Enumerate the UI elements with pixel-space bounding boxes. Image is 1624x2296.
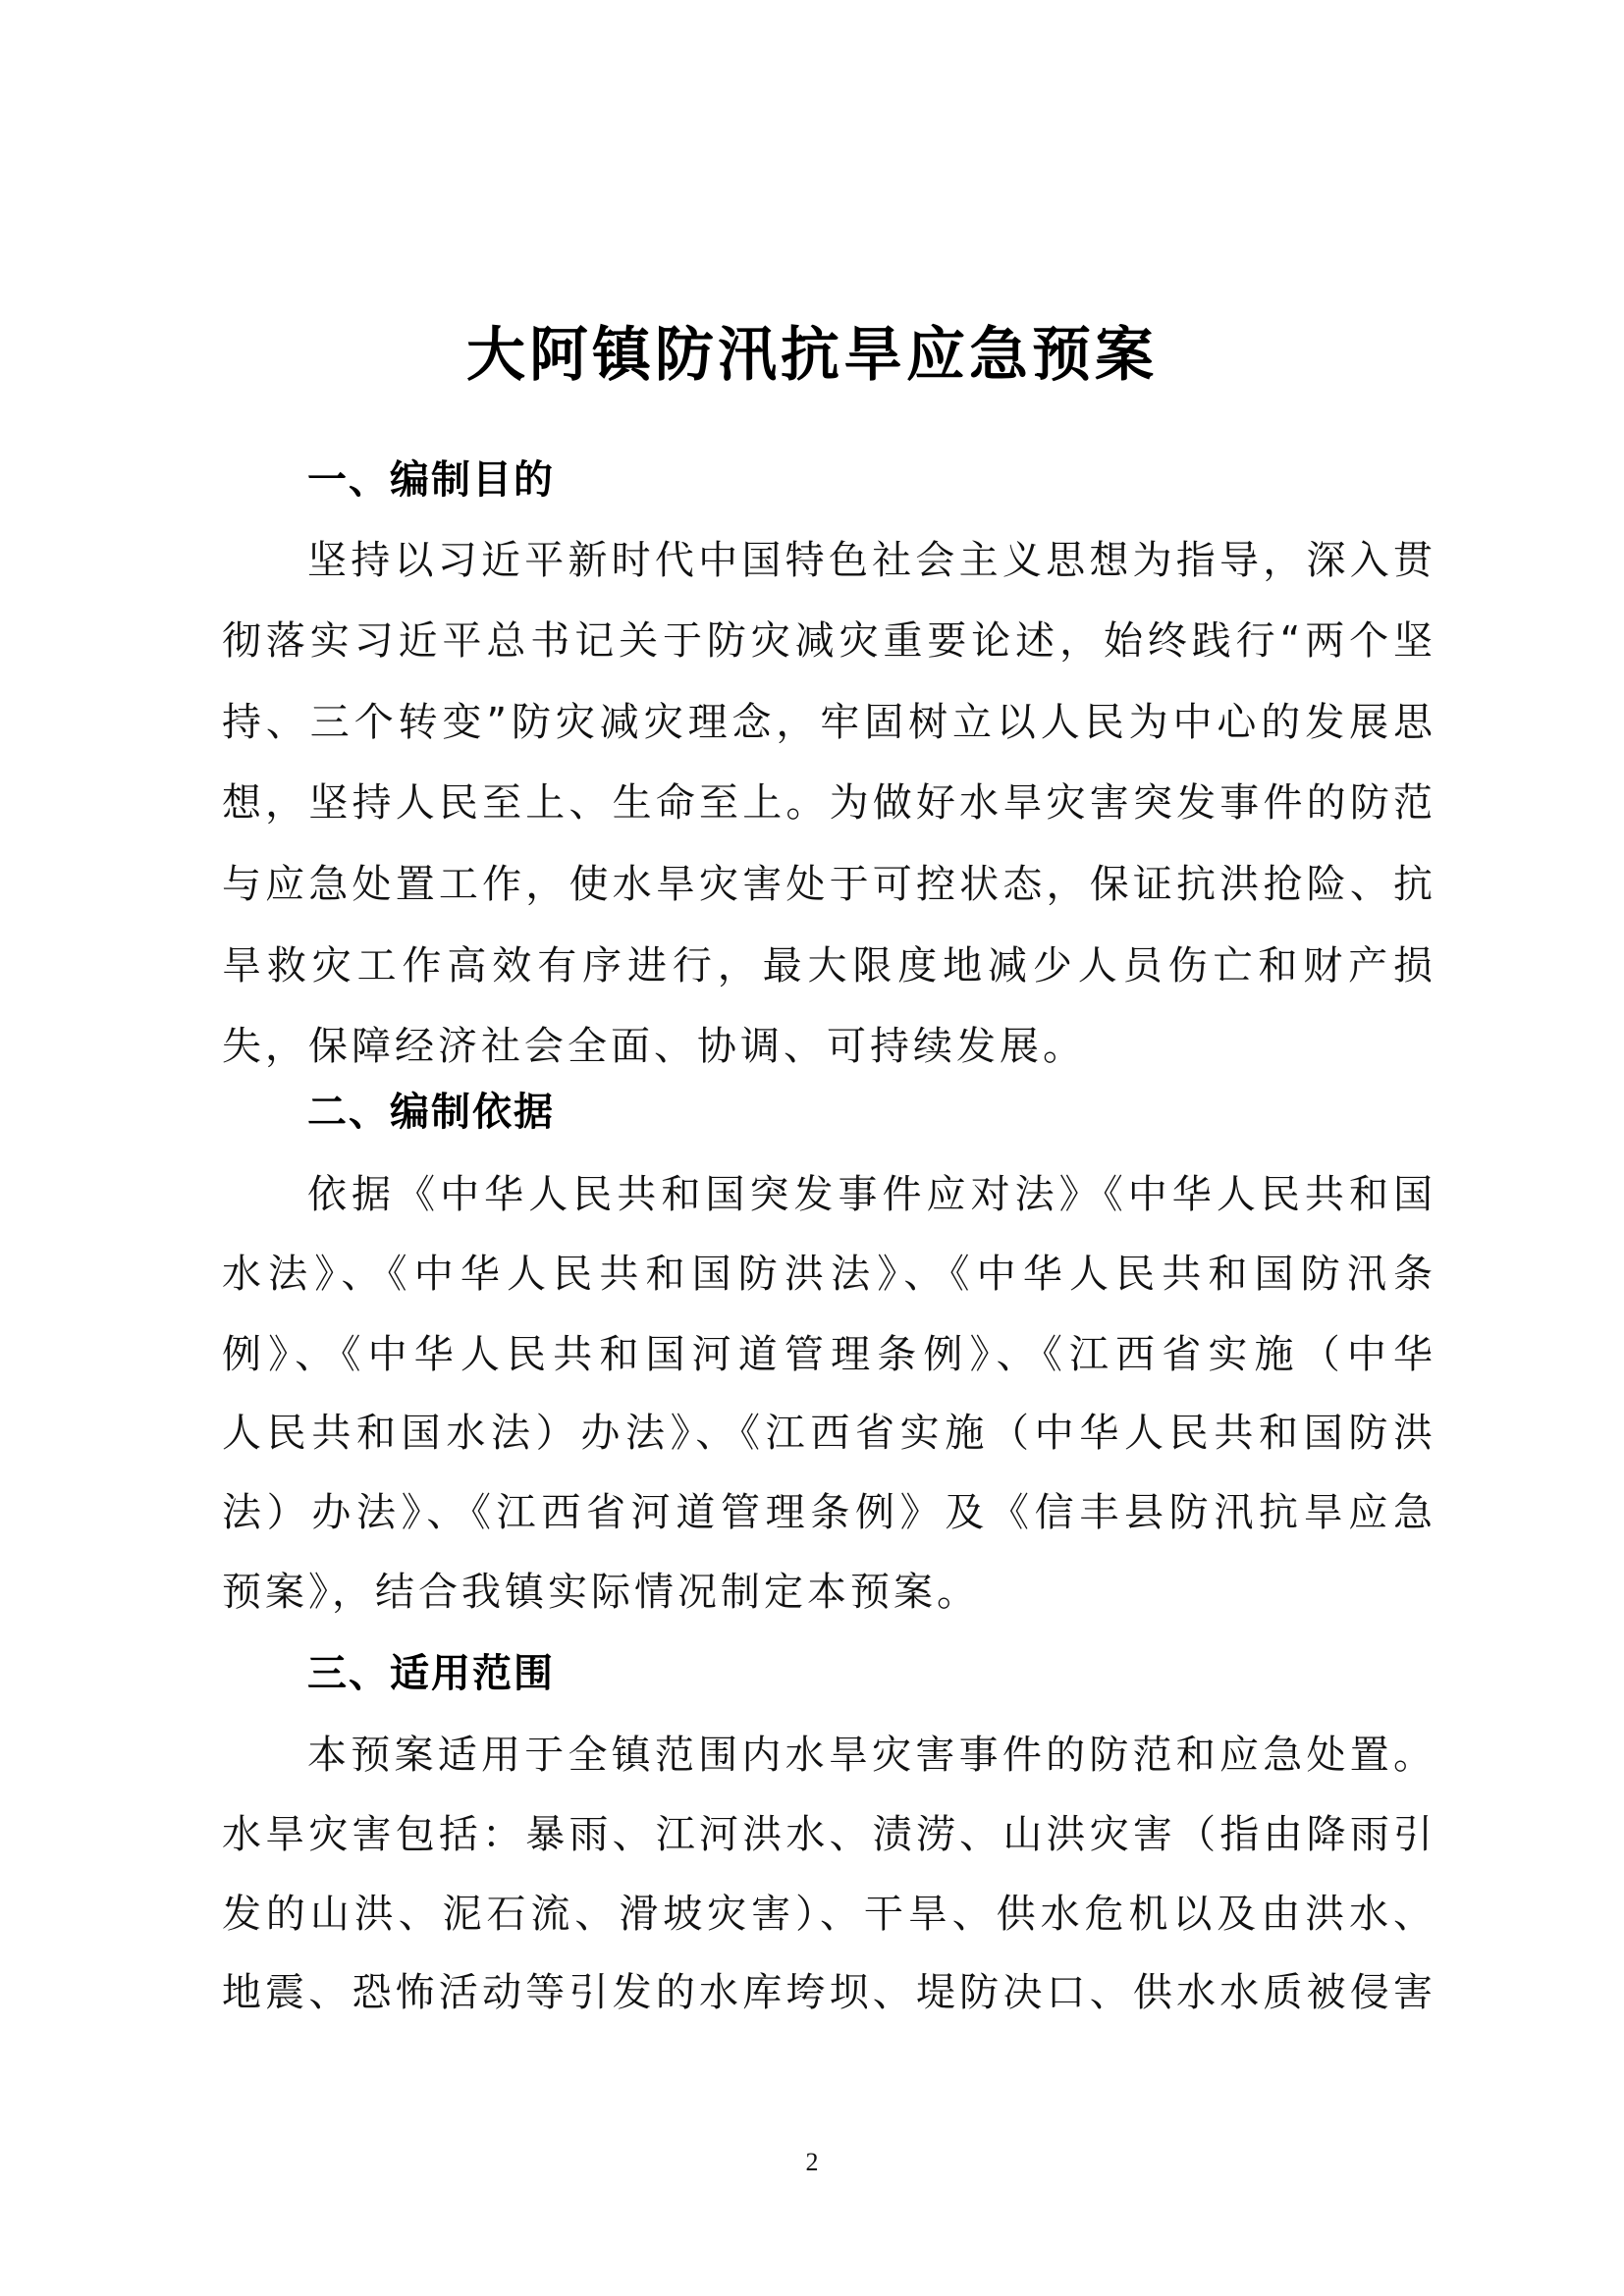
paragraph-line: 持、三个转变”防灾减灾理念，牢固树立以人民为中心的发展思 <box>222 695 1433 750</box>
paragraph-line: 想，坚持人民至上、生命至上。为做好水旱灾害突发事件的防范 <box>222 775 1433 830</box>
paragraph-line: 依据《中华人民共和国突发事件应对法》《中华人民共和国 <box>307 1167 1433 1222</box>
paragraph-line: 发的山洪、泥石流、滑坡灾害）、干旱、供水危机以及由洪水、 <box>222 1887 1433 1942</box>
document-page: 大阿镇防汛抗旱应急预案 一、编制目的 坚持以习近平新时代中国特色社会主义思想为指… <box>0 0 1624 2296</box>
paragraph-line: 预案》，结合我镇实际情况制定本预案。 <box>222 1565 1433 1620</box>
document-title: 大阿镇防汛抗旱应急预案 <box>0 316 1624 395</box>
section-heading-basis: 二、编制依据 <box>307 1085 555 1140</box>
paragraph-line: 法）办法》、《江西省河道管理条例》及《信丰县防汛抗旱应急 <box>222 1485 1433 1540</box>
section-heading-purpose: 一、编制目的 <box>307 453 555 507</box>
paragraph-line: 水法》、《中华人民共和国防洪法》、《中华人民共和国防汛条 <box>222 1247 1433 1302</box>
paragraph-line: 水旱灾害包括：暴雨、江河洪水、渍涝、山洪灾害（指由降雨引 <box>222 1807 1433 1862</box>
paragraph-line: 失，保障经济社会全面、协调、可持续发展。 <box>222 1019 1433 1074</box>
paragraph-line: 人民共和国水法）办法》、《江西省实施（中华人民共和国防洪 <box>222 1406 1433 1461</box>
paragraph-line: 旱救灾工作高效有序进行，最大限度地减少人员伤亡和财产损 <box>222 938 1433 993</box>
paragraph-line: 坚持以习近平新时代中国特色社会主义思想为指导，深入贯 <box>307 533 1433 588</box>
paragraph-line: 与应急处置工作，使水旱灾害处于可控状态，保证抗洪抢险、抗 <box>222 857 1433 912</box>
page-number: 2 <box>0 2146 1624 2179</box>
paragraph-line: 地震、恐怖活动等引发的水库垮坝、堤防决口、供水水质被侵害 <box>222 1965 1433 2020</box>
paragraph-line: 例》、《中华人民共和国河道管理条例》、《江西省实施（中华 <box>222 1327 1433 1382</box>
paragraph-line: 彻落实习近平总书记关于防灾减灾重要论述，始终践行“两个坚 <box>222 614 1433 668</box>
paragraph-line: 本预案适用于全镇范围内水旱灾害事件的防范和应急处置。 <box>307 1728 1433 1783</box>
section-heading-scope: 三、适用范围 <box>307 1646 555 1701</box>
